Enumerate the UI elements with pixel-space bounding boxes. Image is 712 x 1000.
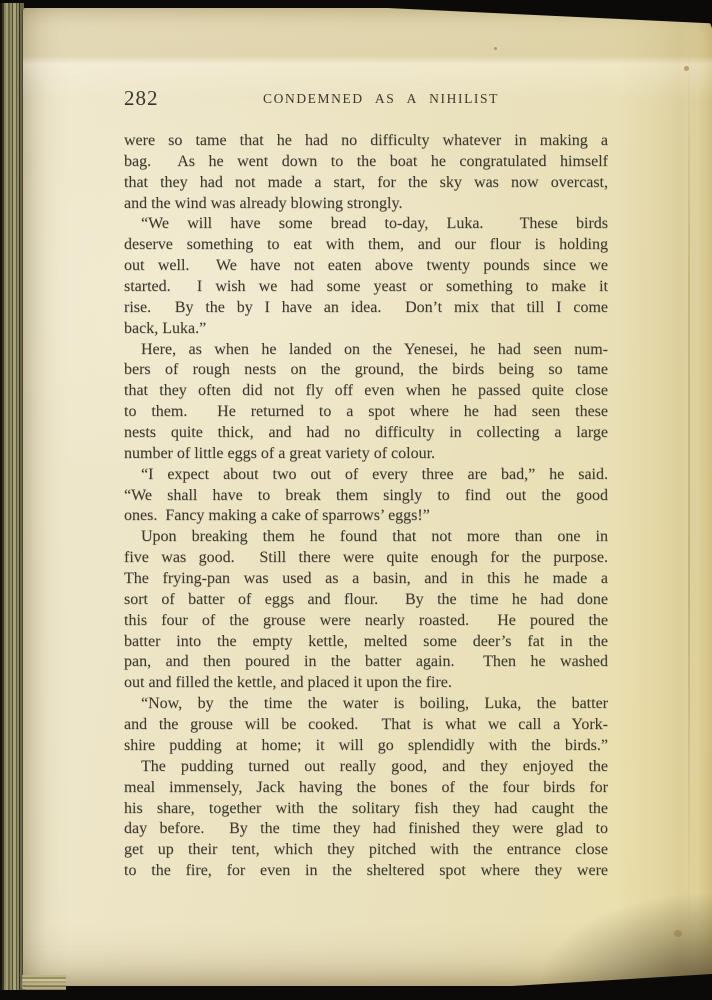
text-line: that they often did not fly off even whe… [124, 381, 608, 402]
text-line: Upon breaking them he found that not mor… [124, 527, 608, 548]
page-stack-corner [22, 975, 66, 990]
text-line: deserve something to eat with them, and … [124, 235, 608, 256]
text-line: The pudding turned out really good, and … [124, 757, 608, 778]
text-line: shire pudding at home; it will go splend… [124, 736, 608, 757]
text-block: were so tame that he had no difficulty w… [124, 131, 608, 882]
scanned-page-root: 282 CONDEMNED AS A NIHILIST were so tame… [0, 0, 712, 1000]
text-line: that they had not made a start, for the … [124, 173, 608, 194]
text-line: five was good. Still there were quite en… [124, 548, 608, 569]
text-line: meal immensely, Jack having the bones of… [124, 778, 608, 799]
book-binding-page-edges [0, 3, 24, 990]
text-line: nests quite thick, and had no difficulty… [124, 423, 608, 444]
text-line: started. I wish we had some yeast or som… [124, 277, 608, 298]
text-line: out and filled the kettle, and placed it… [124, 673, 608, 694]
text-line: “I expect about two out of every three a… [124, 465, 608, 486]
text-line: to them. He returned to a spot where he … [124, 402, 608, 423]
text-line: to the fire, for even in the sheltered s… [124, 861, 608, 882]
text-line: and the grouse will be cooked. That is w… [124, 715, 608, 736]
paragraph: Here, as when he landed on the Yenesei, … [124, 340, 608, 465]
page-header: 282 CONDEMNED AS A NIHILIST [124, 85, 608, 112]
text-line: batter into the empty kettle, melted som… [124, 632, 608, 653]
text-line: this four of the grouse were nearly roas… [124, 611, 608, 632]
text-line: sort of batter of eggs and flour. By the… [124, 590, 608, 611]
text-line: pan, and then poured in the batter again… [124, 652, 608, 673]
text-line: “We will have some bread to-day, Luka. T… [124, 214, 608, 235]
text-line: number of little eggs of a great variety… [124, 444, 608, 465]
page-crease [688, 48, 690, 956]
paragraph: “Now, by the time the water is boiling, … [124, 694, 608, 757]
paragraph: “I expect about two out of every three a… [124, 465, 608, 528]
book-page: 282 CONDEMNED AS A NIHILIST were so tame… [22, 8, 712, 986]
paragraph: Upon breaking them he found that not mor… [124, 527, 608, 694]
text-line: his share, together with the solitary fi… [124, 799, 608, 820]
text-line: back, Luka.” [124, 319, 608, 340]
text-line: “Now, by the time the water is boiling, … [124, 694, 608, 715]
text-line: ones. Fancy making a cake of sparrows’ e… [124, 506, 608, 527]
running-header-title: CONDEMNED AS A NIHILIST [124, 85, 608, 113]
text-line: out well. We have not eaten above twenty… [124, 256, 608, 277]
paragraph: were so tame that he had no difficulty w… [124, 131, 608, 214]
text-line: The frying-pan was used as a basin, and … [124, 569, 608, 590]
text-line: day before. By the time they had finishe… [124, 819, 608, 840]
text-line: rise. By the by I have an idea. Don’t mi… [124, 298, 608, 319]
text-line: bag. As he went down to the boat he cong… [124, 152, 608, 173]
paragraph: “We will have some bread to-day, Luka. T… [124, 214, 608, 339]
text-line: get up their tent, which they pitched wi… [124, 840, 608, 861]
text-line: bers of rough nests on the ground, the b… [124, 360, 608, 381]
text-line: “We shall have to break them singly to f… [124, 486, 608, 507]
text-line: were so tame that he had no difficulty w… [124, 131, 608, 152]
paragraph: The pudding turned out really good, and … [124, 757, 608, 882]
text-line: Here, as when he landed on the Yenesei, … [124, 340, 608, 361]
page-number: 282 [124, 85, 159, 111]
text-line: and the wind was already blowing strongl… [124, 194, 608, 215]
